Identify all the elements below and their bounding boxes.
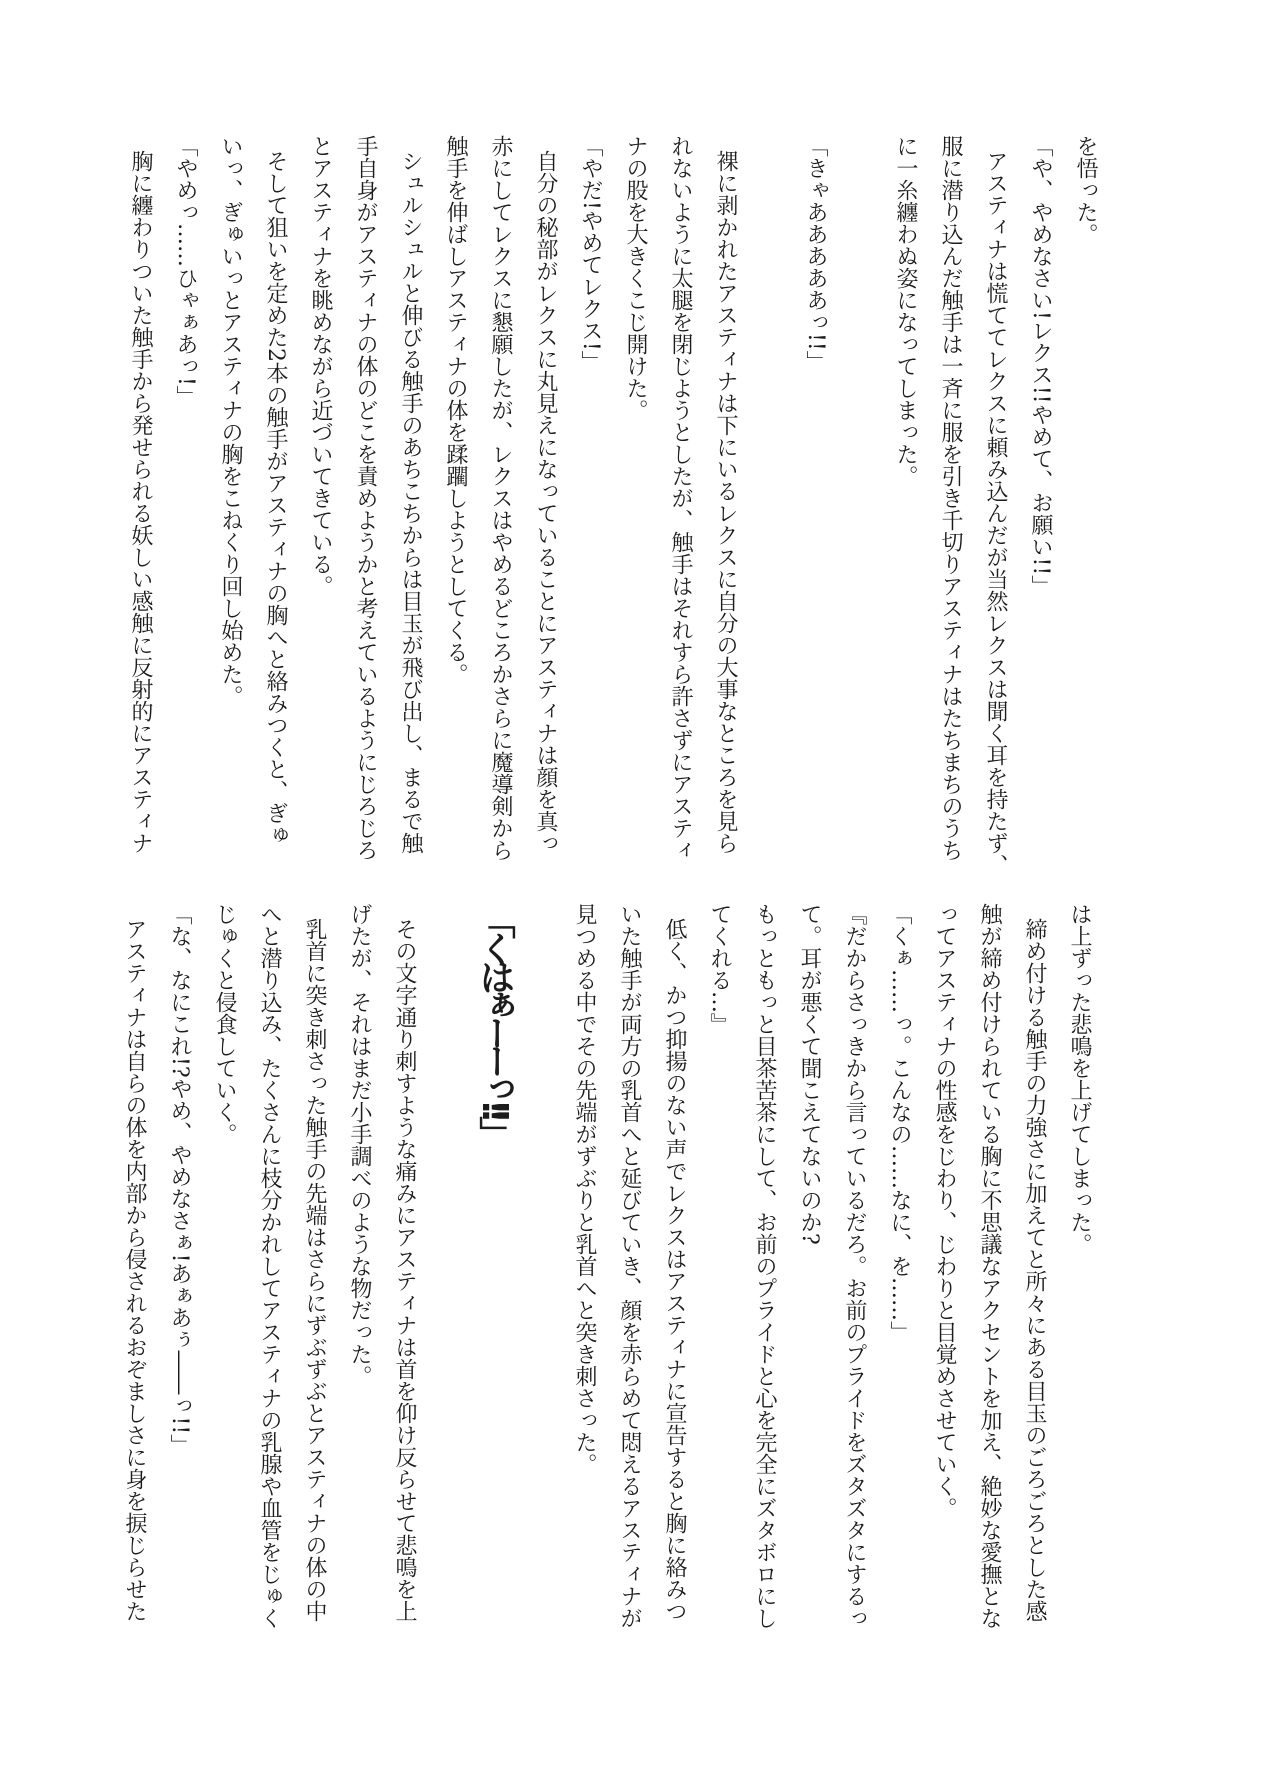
text-line: 締め付ける触手の力強さに加えてと所々にある目玉のごろごろとした感 [1012, 903, 1057, 1653]
text-line: じゅくと侵食していく。 [202, 903, 247, 1653]
text-line: てくれる…』 [697, 903, 742, 1653]
text-line: を悟った。 [1063, 135, 1108, 883]
text-line: アスティナは慌ててレクスに頼み込んだが当然レクスは聞く耳を持たず、 [973, 135, 1018, 883]
text-line: 見つめる中でその先端がずぶりと乳首へと突き刺さった。 [562, 903, 607, 1653]
text-line: 「くぁ……っ。こんなの……なに、を……」 [877, 903, 922, 1653]
text-column-block-bottom: は上ずった悲鳴を上げてしまった。締め付ける触手の力強さに加えてと所々にある目玉の… [112, 903, 1102, 1653]
text-line: て。耳が悪くて聞こえてないのか? [787, 903, 832, 1653]
text-column-block-top: を悟った。「や、やめなさい!レクス!!やめて、お願い!!」アスティナは慌ててレク… [118, 135, 1108, 883]
text-line: そして狙いを定めた2本の触手がアスティナの胸へと絡みつくと、ぎゅ [253, 135, 298, 883]
text-line: 低く、かつ抑揚のない声でレクスはアスティナに宣告すると胸に絡みつ [652, 903, 697, 1653]
text-line: 『だからさっきから言っているだろ。お前のプライドをズタズタにするっ [832, 903, 877, 1653]
text-line: アスティナは自らの体を内部から侵されるおぞましさに身を捩じらせた [112, 903, 157, 1653]
text-line: いっ、ぎゅいっとアスティナの胸をこねくり回し始めた。 [208, 135, 253, 883]
blank-line [748, 135, 793, 883]
text-line: ってアスティナの性感をじわり、じわりと目覚めさせていく。 [922, 903, 967, 1653]
text-line: もっともっと目茶苦茶にして、お前のプライドと心を完全にズタボロにし [742, 903, 787, 1653]
text-line: 触が締め付けられている胸に不思議なアクセントを加え、絶妙な愛撫とな [967, 903, 1012, 1653]
text-line: 赤にしてレクスに懇願したが、レクスはやめるどころかさらに魔導剣から [478, 135, 523, 883]
text-line: 裸に剥かれたアスティナは下にいるレクスに自分の大事なところを見ら [703, 135, 748, 883]
text-line: 「な、なにこれ!?やめ、やめなさぁ!あぁあぅ――っ!!」 [157, 903, 202, 1653]
text-line: 手自身がアスティナの体のどこを責めようかと考えているようにじろじろ [343, 135, 388, 883]
shout-line: 「くはぁーーっ!!」 [472, 903, 517, 1653]
text-line: ナの股を大きくこじ開けた。 [613, 135, 658, 883]
text-line: れないように太腿を閉じようとしたが、触手はそれすら許さずにアスティ [658, 135, 703, 883]
text-line: 「やめっ……ひゃぁあっ!」 [163, 135, 208, 883]
text-line: 自分の秘部がレクスに丸見えになっていることにアスティナは顔を真っ [523, 135, 568, 883]
text-line: へと潜り込み、たくさんに枝分かれしてアスティナの乳腺や血管をじゅく [247, 903, 292, 1653]
blank-line [838, 135, 883, 883]
text-line: げたが、それはまだ小手調べのような物だった。 [337, 903, 382, 1653]
text-line: 乳首に突き刺さった触手の先端はさらにずぶずぶとアスティナの体の中 [292, 903, 337, 1653]
novel-page: を悟った。「や、やめなさい!レクス!!やめて、お願い!!」アスティナは慌ててレク… [0, 0, 1280, 1790]
text-line: その文字通り刺すような痛みにアスティナは首を仰け反らせて悲鳴を上 [382, 903, 427, 1653]
text-line: 「や、やめなさい!レクス!!やめて、お願い!!」 [1018, 135, 1063, 883]
blank-line [517, 903, 562, 1653]
text-line: シュルシュルと伸びる触手のあちこちからは目玉が飛び出し、まるで触 [388, 135, 433, 883]
blank-line [427, 903, 472, 1653]
text-line: とアスティナを眺めながら近づいてきている。 [298, 135, 343, 883]
text-line: いた触手が両方の乳首へと延びていき、顔を赤らめて悶えるアスティナが [607, 903, 652, 1653]
text-line: 胸に纏わりついた触手から発せられる妖しい感触に反射的にアスティナ [118, 135, 163, 883]
text-line: 服に潜り込んだ触手は一斉に服を引き千切りアスティナはたちまちのうち [928, 135, 973, 883]
text-line: 「きゃあああああっ!!」 [793, 135, 838, 883]
text-line: 触手を伸ばしアスティナの体を蹂躙しようとしてくる。 [433, 135, 478, 883]
text-line: 「やだ!やめてレクス!」 [568, 135, 613, 883]
text-line: は上ずった悲鳴を上げてしまった。 [1057, 903, 1102, 1653]
text-line: に一糸纏わぬ姿になってしまった。 [883, 135, 928, 883]
